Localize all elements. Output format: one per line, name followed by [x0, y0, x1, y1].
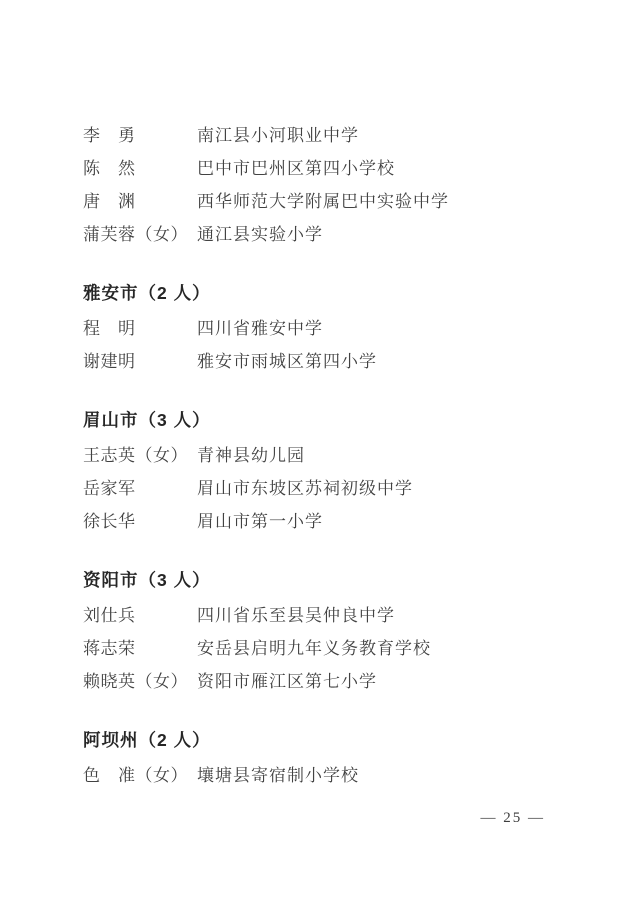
school-name: 资阳市雁江区第七小学: [197, 667, 610, 692]
person-name: 蒲芙蓉（女）: [83, 220, 197, 245]
person-name: 色 准（女）: [83, 761, 197, 786]
school-name: 壤塘县寄宿制小学校: [197, 761, 610, 786]
school-name: 四川省乐至县吴仲良中学: [197, 601, 610, 626]
city-section-header: 雅安市（2 人）: [83, 277, 610, 310]
school-name: 雅安市雨城区第四小学: [197, 347, 610, 372]
person-name: 刘仕兵: [83, 601, 197, 626]
school-name: 四川省雅安中学: [197, 314, 610, 339]
city-section-header: 眉山市（3 人）: [83, 404, 610, 437]
roster-row: 谢建明 雅安市雨城区第四小学: [83, 343, 610, 376]
roster-row: 李 勇 南江县小河职业中学: [83, 117, 610, 150]
school-name: 南江县小河职业中学: [197, 121, 610, 146]
roster-section-meishan: 眉山市（3 人） 王志英（女） 青神县幼儿园 岳家军 眉山市东坡区苏祠初级中学 …: [83, 404, 610, 536]
roster-section-aba: 阿坝州（2 人） 色 准（女） 壤塘县寄宿制小学校: [83, 724, 610, 790]
roster-row: 岳家军 眉山市东坡区苏祠初级中学: [83, 470, 610, 503]
roster-section-ziyang: 资阳市（3 人） 刘仕兵 四川省乐至县吴仲良中学 蒋志荣 安岳县启明九年义务教育…: [83, 564, 610, 696]
roster-row: 蒲芙蓉（女） 通江县实验小学: [83, 216, 610, 249]
city-section-header: 阿坝州（2 人）: [83, 724, 610, 757]
person-name: 程 明: [83, 314, 197, 339]
roster-row: 程 明 四川省雅安中学: [83, 310, 610, 343]
city-section-header: 资阳市（3 人）: [83, 564, 610, 597]
roster-list: 李 勇 南江县小河职业中学 陈 然 巴中市巴州区第四小学校 唐 渊 西华师范大学…: [83, 117, 610, 790]
person-name: 徐长华: [83, 507, 197, 532]
school-name: 眉山市第一小学: [197, 507, 610, 532]
roster-section-yaan: 雅安市（2 人） 程 明 四川省雅安中学 谢建明 雅安市雨城区第四小学: [83, 277, 610, 376]
person-name: 王志英（女）: [83, 441, 197, 466]
person-name: 陈 然: [83, 154, 197, 179]
person-name: 蒋志荣: [83, 634, 197, 659]
school-name: 通江县实验小学: [197, 220, 610, 245]
roster-row: 蒋志荣 安岳县启明九年义务教育学校: [83, 630, 610, 663]
school-name: 西华师范大学附属巴中实验中学: [197, 187, 610, 212]
roster-row: 赖晓英（女） 资阳市雁江区第七小学: [83, 663, 610, 696]
page-number: — 25 —: [481, 810, 546, 827]
school-name: 青神县幼儿园: [197, 441, 610, 466]
roster-row: 唐 渊 西华师范大学附属巴中实验中学: [83, 183, 610, 216]
roster-row: 徐长华 眉山市第一小学: [83, 503, 610, 536]
school-name: 安岳县启明九年义务教育学校: [197, 634, 610, 659]
roster-section-continuation: 李 勇 南江县小河职业中学 陈 然 巴中市巴州区第四小学校 唐 渊 西华师范大学…: [83, 117, 610, 249]
person-name: 谢建明: [83, 347, 197, 372]
roster-row: 王志英（女） 青神县幼儿园: [83, 437, 610, 470]
roster-row: 刘仕兵 四川省乐至县吴仲良中学: [83, 597, 610, 630]
school-name: 巴中市巴州区第四小学校: [197, 154, 610, 179]
person-name: 唐 渊: [83, 187, 197, 212]
document-page: 李 勇 南江县小河职业中学 陈 然 巴中市巴州区第四小学校 唐 渊 西华师范大学…: [0, 0, 640, 905]
roster-row: 色 准（女） 壤塘县寄宿制小学校: [83, 757, 610, 790]
person-name: 赖晓英（女）: [83, 667, 197, 692]
person-name: 李 勇: [83, 121, 197, 146]
person-name: 岳家军: [83, 474, 197, 499]
school-name: 眉山市东坡区苏祠初级中学: [197, 474, 610, 499]
roster-row: 陈 然 巴中市巴州区第四小学校: [83, 150, 610, 183]
